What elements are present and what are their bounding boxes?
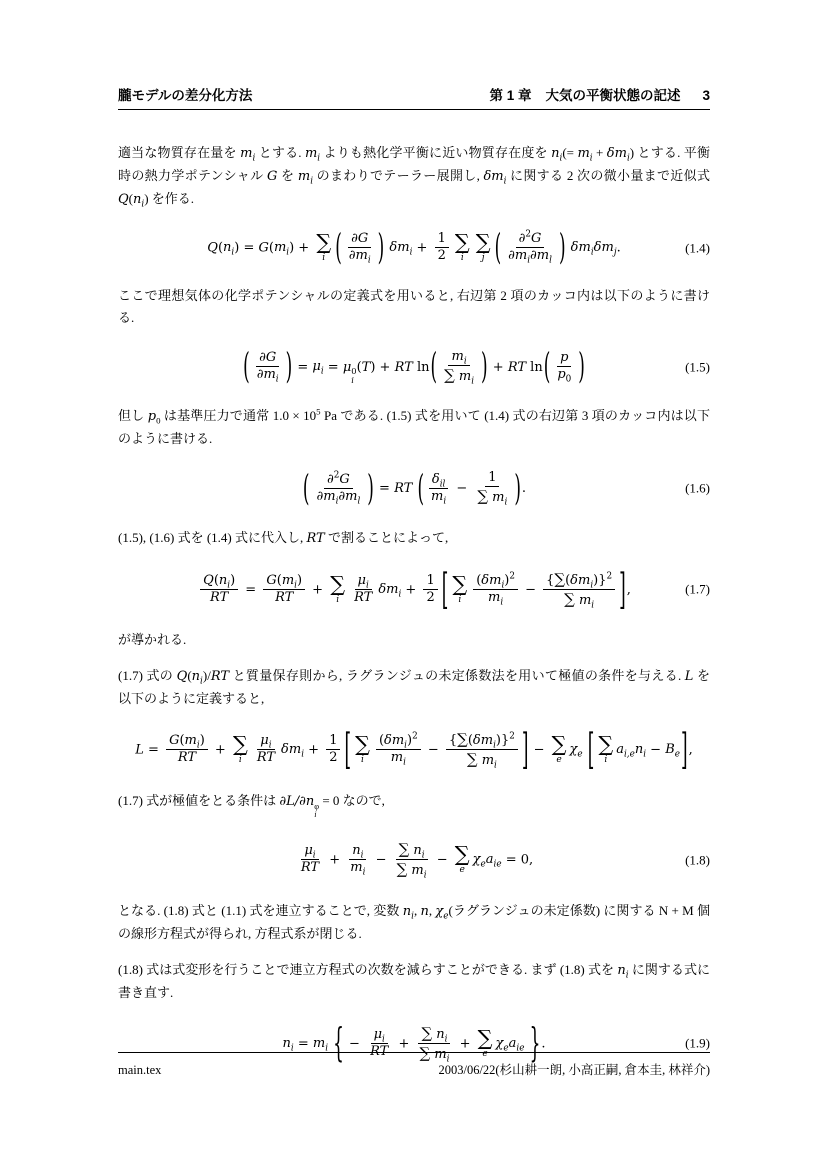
- equation-1-6-body: (∂2G∂mi∂ml) = RT (δilmi − 1∑ mi).: [302, 470, 526, 507]
- equation-1-9-number: (1.9): [685, 1037, 710, 1050]
- equation-1-8-number: (1.8): [685, 853, 710, 866]
- equation-1-4: Q(ni) = G(mi) + ∑i(∂G∂mi) δmi + 12∑i∑j(∂…: [118, 231, 710, 265]
- equation-1-7: Q(ni)RT = G(mi)RT + ∑iμiRTδmi + 12[∑i(δm…: [118, 570, 710, 610]
- footer-credits: 2003/06/22(杉山耕一朗, 小高正嗣, 倉本圭, 林祥介): [438, 1060, 710, 1078]
- equation-1-5-body: (∂G∂mi) = μi = μ0i(T) + RT ln(mi∑ mi) + …: [242, 349, 586, 386]
- paragraph-8: となる. (1.8) 式と (1.1) 式を連立することで, 変数 ni, n,…: [118, 900, 710, 945]
- paragraph-2: ここで理想気体の化学ポテンシャルの定義式を用いると, 右辺第 2 項のカッコ内は…: [118, 285, 710, 329]
- paragraph-6: (1.7) 式の Q(ni)/RT と質量保存則から, ラグランジュの未定係数法…: [118, 665, 710, 710]
- paragraph-7: (1.7) 式が極値をとる条件は ∂L/∂nφi = 0 なので,: [118, 790, 710, 821]
- equation-lagrangian: L = G(mi)RT + ∑iμiRTδmi + 12[∑i(δmi)2mi …: [118, 730, 710, 770]
- paragraph-5: が導かれる.: [118, 629, 710, 651]
- paragraph-9: (1.8) 式は式変形を行うことで連立方程式の次数を減らすことができる. まず …: [118, 959, 710, 1004]
- paragraph-3: 但し p0 は基準圧力で通常 1.0 × 105 Pa である. (1.5) 式…: [118, 405, 710, 450]
- equation-1-7-number: (1.7): [685, 583, 710, 596]
- footer-filename: main.tex: [118, 1063, 161, 1078]
- equation-1-6: (∂2G∂mi∂ml) = RT (δilmi − 1∑ mi). (1.6): [118, 470, 710, 507]
- page-footer: main.tex 2003/06/22(杉山耕一朗, 小高正嗣, 倉本圭, 林祥…: [118, 1052, 710, 1078]
- page-header: 朧モデルの差分化方法 第 1 章 大気の平衡状態の記述 3: [118, 84, 710, 110]
- equation-1-8: μiRT + nimi − ∑ ni∑ mi − ∑eχeaie = 0, (1…: [118, 840, 710, 880]
- equation-1-8-body: μiRT + nimi − ∑ ni∑ mi − ∑eχeaie = 0,: [295, 840, 533, 880]
- header-page-number: 3: [702, 88, 710, 103]
- header-running-title: 朧モデルの差分化方法: [118, 84, 252, 104]
- paragraph-1: 適当な物質存在量を mi とする. mi よりも熱化学平衡に近い物質存在度を n…: [118, 142, 710, 211]
- equation-lagrangian-body: L = G(mi)RT + ∑iμiRTδmi + 12[∑i(δmi)2mi …: [135, 730, 692, 770]
- equation-1-7-body: Q(ni)RT = G(mi)RT + ∑iμiRTδmi + 12[∑i(δm…: [197, 570, 631, 610]
- paragraph-4: (1.5), (1.6) 式を (1.4) 式に代入し, RT で割ることによっ…: [118, 527, 710, 550]
- document-page: 朧モデルの差分化方法 第 1 章 大気の平衡状態の記述 3 適当な物質存在量を …: [0, 0, 826, 1169]
- equation-1-4-number: (1.4): [685, 241, 710, 254]
- header-rule: [118, 109, 710, 110]
- document-body: 適当な物質存在量を mi とする. mi よりも熱化学平衡に近い物質存在度を n…: [118, 128, 710, 1083]
- equation-1-4-body: Q(ni) = G(mi) + ∑i(∂G∂mi) δmi + 12∑i∑j(∂…: [207, 231, 620, 265]
- equation-1-5-number: (1.5): [685, 360, 710, 373]
- equation-1-5: (∂G∂mi) = μi = μ0i(T) + RT ln(mi∑ mi) + …: [118, 349, 710, 386]
- header-section-title: 大気の平衡状態の記述: [545, 84, 680, 104]
- header-chapter-info: 第 1 章 大気の平衡状態の記述 3: [489, 84, 710, 104]
- equation-1-6-number: (1.6): [685, 482, 710, 495]
- header-chapter: 第 1 章: [489, 84, 531, 104]
